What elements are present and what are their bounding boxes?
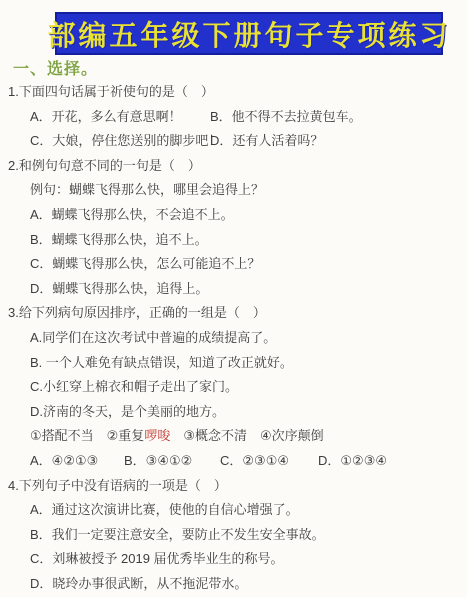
q3-sentence-c: C.小红穿上棉衣和帽子走出了家门。 — [8, 375, 467, 400]
section-heading: 一、选择。 — [13, 59, 467, 80]
q3-error-types-prefix: ①搭配不当 ②重复 — [30, 428, 144, 443]
q1-option-c: C．大娘，停住您送别的脚步吧！ — [30, 129, 210, 154]
q1-option-a: A．开花，多么有意思啊！ — [30, 105, 210, 130]
q3-stem: 3.给下列病句原因排序，正确的一组是（ ） — [8, 301, 467, 326]
q2-stem: 2.和例句句意不同的一句是（ ） — [8, 154, 467, 179]
page-title: 部编五年级下册句子专项练习 — [48, 14, 451, 54]
title-banner: 部编五年级下册句子专项练习 — [55, 12, 443, 55]
q2-option-a: A．蝴蝶飞得那么快，不会追不上。 — [8, 203, 467, 228]
q1-option-d: D．还有人活着吗？ — [210, 129, 323, 154]
q3-error-types-suffix: ③概念不清 ④次序颠倒 — [170, 428, 323, 443]
q4-option-c: C．刘琳被授予 2019 届优秀毕业生的称号。 — [8, 547, 467, 572]
q2-option-d: D．蝴蝶飞得那么快，追得上。 — [8, 277, 467, 302]
q4-option-b: B．我们一定要注意安全，要防止不发生安全事故。 — [8, 523, 467, 548]
q2-example-sentence: 例句：蝴蝶飞得那么快，哪里会追得上？ — [8, 178, 467, 203]
q3-error-types-highlight: 啰唆 — [144, 428, 170, 443]
q4-option-a: A．通过这次演讲比赛，使他的自信心增强了。 — [8, 498, 467, 523]
worksheet-page: 部编五年级下册句子专项练习 一、选择。 1.下面四句话属于祈使句的是（ ） A．… — [0, 0, 467, 597]
q3-sentence-b: B. 一个人难免有缺点错误，知道了改正就好。 — [8, 351, 467, 376]
q1-option-b: B．他不得不去拉黄包车。 — [210, 105, 362, 130]
q4-option-d: D．晓玲办事很武断，从不拖泥带水。 — [8, 572, 467, 597]
q3-sentence-a: A.同学们在这次考试中普遍的成绩提高了。 — [8, 326, 467, 351]
q1-options-row-1: A．开花，多么有意思啊！ B．他不得不去拉黄包车。 — [8, 105, 467, 130]
q3-answer-a: A．④②①③ — [30, 449, 124, 474]
q3-answer-b: B．③④①② — [124, 449, 220, 474]
q3-sentence-d: D.济南的冬天，是个美丽的地方。 — [8, 400, 467, 425]
question-list: 1.下面四句话属于祈使句的是（ ） A．开花，多么有意思啊！ B．他不得不去拉黄… — [8, 80, 467, 596]
q3-answer-choices: A．④②①③ B．③④①② C．②③①④ D．①②③④ — [8, 449, 467, 474]
q3-answer-c: C．②③①④ — [220, 449, 318, 474]
q2-option-b: B．蝴蝶飞得那么快，追不上。 — [8, 228, 467, 253]
q3-answer-d: D．①②③④ — [318, 449, 387, 474]
q1-options-row-2: C．大娘，停住您送别的脚步吧！ D．还有人活着吗？ — [8, 129, 467, 154]
q2-option-c: C．蝴蝶飞得那么快，怎么可能追不上？ — [8, 252, 467, 277]
q3-error-types: ①搭配不当 ②重复啰唆 ③概念不清 ④次序颠倒 — [8, 424, 467, 449]
q4-stem: 4.下列句子中没有语病的一项是（ ） — [8, 474, 467, 499]
q1-stem: 1.下面四句话属于祈使句的是（ ） — [8, 80, 467, 105]
